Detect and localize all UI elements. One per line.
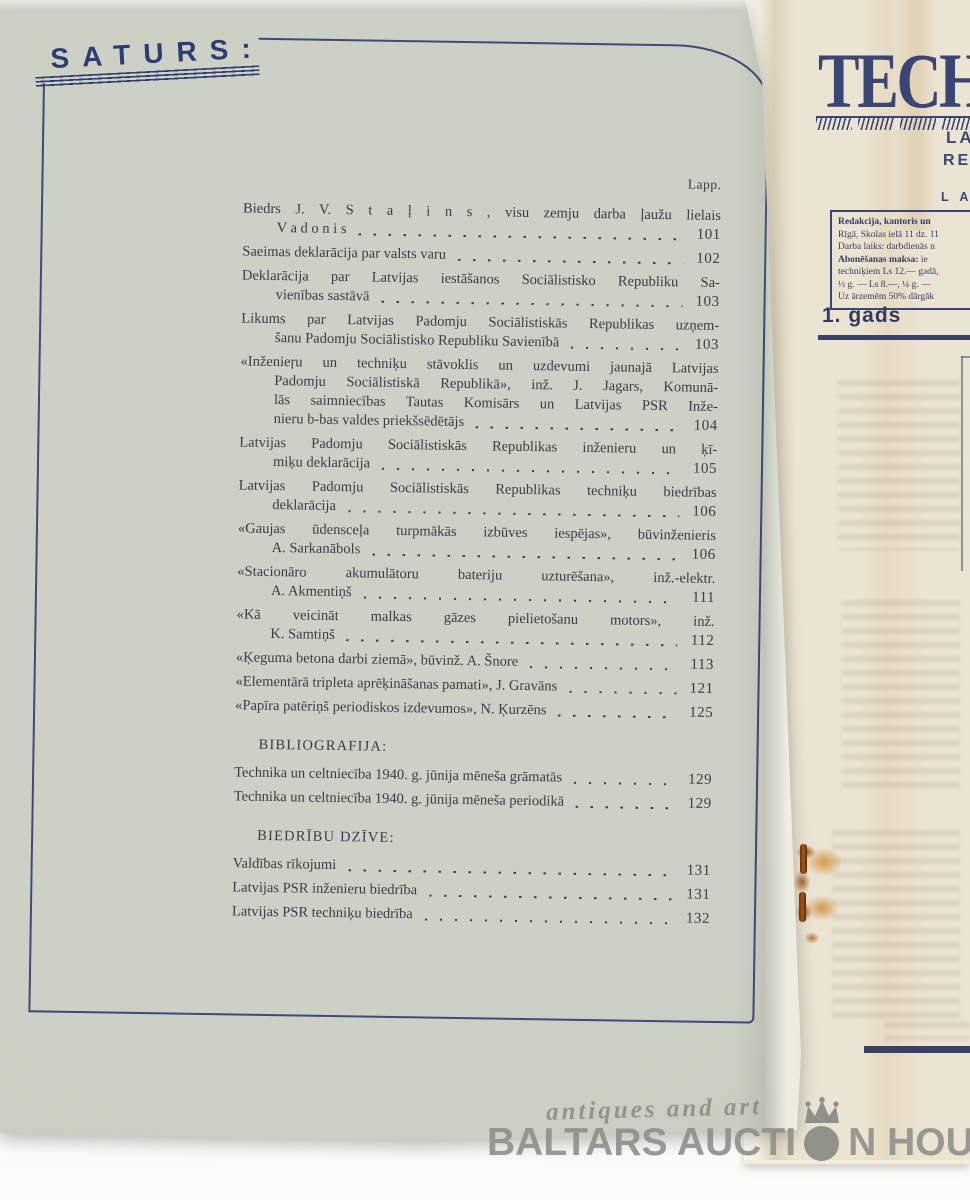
toc-entry-line: Valdības rīkojumi131: [233, 854, 711, 881]
dot-leader: [363, 596, 677, 603]
toc-entry: Technika un celtniecība 1940. g. jūnija …: [234, 787, 712, 814]
toc-entry: «Papīra patēriņš periodiskos izdevumos»,…: [235, 696, 713, 723]
toc-page-number: 112: [686, 632, 714, 651]
dot-leader: [569, 691, 676, 695]
toc-entry: Biedrs J. V. S t a ļ i n s , visu zemju …: [243, 200, 722, 246]
toc-entry-text: «Elementārā tripleta aprēķināšanas pamat…: [235, 672, 557, 696]
toc-entry: «Elementārā tripleta aprēķināšanas pamat…: [235, 672, 713, 699]
toc-page-number: 129: [684, 795, 712, 814]
dot-leader: [530, 666, 677, 670]
dot-leader: [382, 468, 680, 475]
toc-entry-line: Latvijas PSR techniķu biedrība132: [232, 902, 710, 929]
toc-page-number: 111: [687, 589, 715, 608]
dot-leader: [429, 894, 673, 900]
toc-page-number: 106: [688, 503, 716, 522]
toc-entry-line: Latvijas PSR inženieru biedrība131: [232, 878, 710, 905]
toc-page-number: 131: [682, 885, 710, 904]
toc-entry-text: šanu Padomju Sociālistisko Republiku Sav…: [275, 329, 560, 352]
dot-leader: [372, 553, 678, 560]
toc-content: Lapp. Biedrs J. V. S t a ļ i n s , visu …: [232, 170, 722, 934]
toc-entry: Saeimas deklarācija par valsts varu102: [242, 243, 720, 270]
dot-leader: [348, 869, 673, 876]
toc-section-header: BIEDRĪBU DZĪVE:: [257, 827, 711, 853]
toc-entry-text: Latvijas PSR inženieru biedrība: [232, 878, 417, 900]
dot-leader: [347, 639, 678, 646]
dot-leader: [425, 918, 673, 924]
watermark-logo: [799, 1124, 845, 1162]
contents-page-wrap: Lapp. Biedrs J. V. S t a ļ i n s , visu …: [0, 0, 970, 1200]
crown-icon: [801, 1097, 843, 1127]
toc-entry-line: Technika un celtniecība 1940. g. jūnija …: [234, 763, 712, 790]
toc-entry-line: «Papīra patēriņš periodiskos izdevumos»,…: [235, 696, 713, 723]
toc-entry-line: «Elementārā tripleta aprēķināšanas pamat…: [235, 672, 713, 699]
dot-leader: [476, 426, 681, 431]
toc-border-frame: Lapp. Biedrs J. V. S t a ļ i n s , visu …: [28, 34, 769, 1023]
toc-entry: Latvijas Padomju Sociālistiskās Republik…: [239, 433, 718, 479]
toc-entry: Deklarācija par Latvijas iestāšanos Soci…: [242, 267, 721, 313]
toc-entry-text: «Papīra patēriņš periodiskos izdevumos»,…: [235, 696, 547, 720]
toc-page-number: 113: [686, 656, 714, 675]
toc-entry: Latvijas PSR inženieru biedrība131: [232, 878, 710, 905]
toc-entry-text: «Ķeguma betona darbi ziemā», būvinž. A. …: [236, 648, 519, 671]
dot-leader: [574, 782, 675, 786]
toc-list: Biedrs J. V. S t a ļ i n s , visu zemju …: [232, 200, 721, 929]
toc-entry-text: K. Samtiņš: [270, 625, 335, 645]
toc-page-number: 104: [690, 417, 718, 436]
toc-entry: «Ķeguma betona darbi ziemā», būvinž. A. …: [236, 648, 714, 675]
toc-entry: «Inženieŗu un techniķu stāvoklis un uzde…: [240, 352, 719, 435]
toc-entry: Latvijas PSR techniķu biedrība132: [232, 902, 710, 929]
toc-entry: «Kā veicināt malkas gāzes pielietošanu m…: [236, 605, 715, 651]
toc-entry-text: miķu deklarācija: [273, 453, 370, 474]
toc-page-number: 125: [685, 704, 713, 723]
toc-entry-text: vienības sastāvā: [276, 286, 370, 306]
dot-leader: [576, 806, 675, 810]
dot-leader: [348, 510, 679, 517]
toc-entry: «Gaujas ūdensceļa turpmākās izbūves iesp…: [238, 519, 717, 565]
toc-page-number: 129: [684, 771, 712, 790]
toc-page-number: 102: [692, 250, 720, 269]
toc-page-number: 103: [691, 336, 719, 355]
toc-entry-text: deklarācija: [272, 496, 336, 516]
toc-entry: Latvijas Padomju Sociālistiskās Republik…: [238, 476, 717, 522]
page-column-label: Lapp.: [243, 170, 721, 194]
toc-page-number: 103: [691, 293, 719, 312]
watermark-brand-left: BALTARS AUCTI: [487, 1124, 796, 1162]
toc-page-number: 132: [682, 909, 710, 928]
watermark-brand-right: N HOUSE: [848, 1124, 970, 1162]
toc-entry-line: Technika un celtniecība 1940. g. jūnija …: [234, 787, 712, 814]
dot-leader: [558, 714, 676, 718]
dot-leader: [381, 301, 682, 308]
toc-entry-text: Latvijas PSR techniķu biedrība: [232, 902, 413, 924]
toc-entry: «Stacionāro akumulātoru bateriju uzturēš…: [237, 562, 716, 608]
toc-entry: Likums par Latvijas Padomju Sociālistisk…: [241, 309, 720, 355]
toc-entry-text: A. Sarkanābols: [272, 539, 361, 559]
toc-entry-text: Technika un celtniecība 1940. g. jūnija …: [234, 787, 565, 811]
dot-leader: [358, 233, 683, 240]
watermark-brand-line: BALTARS AUCTI N HOUSE: [487, 1124, 970, 1162]
toc-page-number: 121: [685, 680, 713, 699]
toc-page-number: 101: [693, 226, 721, 245]
toc-page-number: 131: [683, 861, 711, 880]
dot-leader: [458, 259, 683, 265]
toc-entry: Technika un celtniecība 1940. g. jūnija …: [234, 763, 712, 790]
watermark-circle: [804, 1126, 839, 1161]
toc-entry-line: «Ķeguma betona darbi ziemā», būvinž. A. …: [236, 648, 714, 675]
toc-entry-line: Saeimas deklarācija par valsts varu102: [242, 243, 720, 270]
toc-page-number: 106: [687, 546, 715, 565]
toc-section-header: BIBLIOGRAFIJA:: [258, 736, 712, 762]
toc-entry-text: A. Akmentiņš: [271, 582, 352, 602]
toc-entry-text: Technika un celtniecība 1940. g. jūnija …: [234, 763, 562, 787]
toc-page-number: 105: [689, 460, 717, 479]
toc-entry-text: V a d o n i s: [277, 219, 347, 239]
toc-entry-text: nieru b-bas valdes priekšsēdētājs: [274, 410, 465, 432]
dot-leader: [571, 346, 682, 350]
toc-entry-text: Valdības rīkojumi: [233, 854, 337, 875]
toc-entry: Valdības rīkojumi131: [233, 854, 711, 881]
contents-page: Lapp. Biedrs J. V. S t a ļ i n s , visu …: [0, 0, 808, 1146]
toc-entry-text: Saeimas deklarācija par valsts varu: [242, 243, 446, 265]
